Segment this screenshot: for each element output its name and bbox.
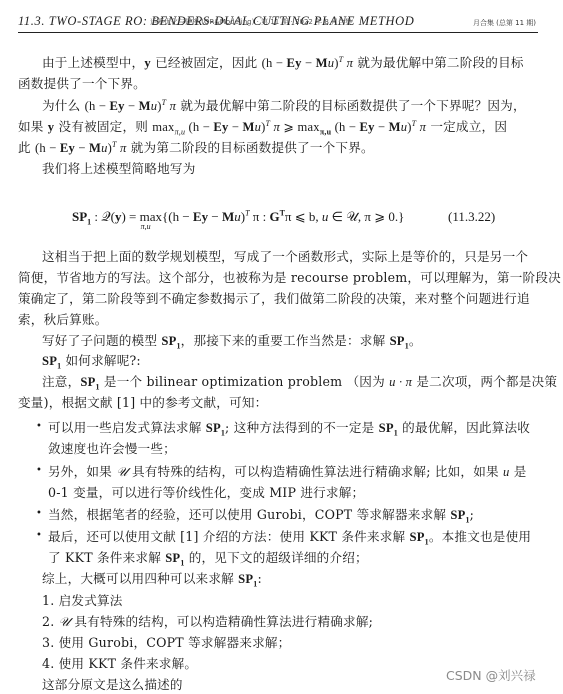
text: 的最优解，因此算法收 [398,420,530,435]
text: SP [390,334,405,348]
text: Ey [60,141,75,155]
text: π,u [175,128,186,137]
paragraph-2-line-3: 此 (h − Ey − Mu)T π 就为第二阶段的目标函数提供了一个下界。 [18,140,374,156]
text: 𝒰 [59,615,71,629]
text: 是 [510,464,527,479]
text: 就为第二阶段的目标函数提供了一个下界。 [127,140,374,155]
bullet-icon: • [36,421,42,432]
text: ; 这种方法得到的不一定是 [225,420,379,435]
text: 是一个 bilinear optimization problem （因为 [100,374,389,389]
text: 为什么 [42,98,85,113]
bullet-1-line-2: 敛速度也许会慢一些； [48,441,176,457]
text: Ey [213,120,228,134]
text: M [139,99,151,113]
text: − [125,99,139,113]
text: 。本推文也是使用 [429,529,531,544]
text: 此 [18,140,35,155]
text: 最后，还可以使用文献 [1] 介绍的方法：使用 KKT 条件来求解 [48,529,410,544]
paragraph-2-line-1: 为什么 (h − Ey − Mu)T π 就为最优解中第二阶段的目标函数提供了一… [42,98,526,114]
text: Ey [109,99,124,113]
text: 的，见下文的超级详细的介绍； [185,550,368,565]
bullet-4-line-1: 最后，还可以使用文献 [1] 介绍的方法：使用 KKT 条件来求解 SP1。本推… [48,529,531,545]
text: SP [206,421,221,435]
summary-intro: 综上，大概可以用四种可以来求解 SP1: [42,571,262,587]
bullet-4-line-2: 了 KKT 条件来求解 SP1 的，见下文的超级详细的介绍； [48,550,368,566]
text: SP [450,508,465,522]
text: 综上，大概可以用四种可以来求解 [42,571,238,586]
summary-item-3: 3. 使用 Gurobi，COPT 等求解器来求解； [42,635,290,651]
summary-item-2: 2. 𝒰 具有特殊的结构，可以构造精确性算法进行精确求解; [42,614,373,630]
text: T [266,119,271,128]
text: − [302,56,316,70]
text: − [229,120,243,134]
text: : 𝒬( [91,209,115,224]
text: ∈ 𝒰, π ⩾ 0.} [328,209,404,224]
text: 当然，根据笔者的经验，还可以使用 Gurobi，COPT 等求解器来求解 [48,507,450,522]
paragraph-6: SP1 如何求解呢?: [42,353,141,369]
text: SP [161,334,176,348]
text: 2. [42,614,59,629]
text: Ey [287,56,302,70]
text: 了 KKT 条件来求解 [48,550,165,565]
text: π ⩽ b, [285,209,322,224]
text: 一定成立，因 [426,119,507,134]
text: Ey [360,120,375,134]
text: SP [410,530,425,544]
text: SP [72,209,87,224]
paragraph-4-line-3: 策确定了，第二阶段等到不确定参数揭示了，我们做第二阶段的决策，来对整个问题进行追 [18,291,530,307]
math-expr: (h − Ey − Mu)T π [85,99,177,113]
text: ) = [121,209,139,224]
text: M [389,120,401,134]
text: T [112,140,117,149]
csdn-watermark: CSDN @刘兴禄 [446,666,536,684]
issue-label: 月合集 (总第 11 期) [473,18,536,28]
text: (h − [35,141,60,155]
text: SP [379,421,394,435]
text: Ey [193,209,208,224]
text: {(h − [162,209,193,224]
text: (h − [335,120,360,134]
text: π,u [320,128,331,137]
summary-outro: 这部分原文是这么描述的 [42,677,183,693]
text: SP [238,572,253,586]
text: 已经被固定，因此 [151,55,262,70]
text: 由于上述模型中， [42,55,144,70]
text: (h − [189,120,214,134]
text: (h − [262,56,287,70]
paragraph-7-line-1: 注意，SP1 是一个 bilinear optimization problem… [42,374,557,390]
bullet-1-line-1: 可以用一些启发式算法求解 SP1; 这种方法得到的不一定是 SP1 的最优解，因… [48,420,530,436]
text: π,u [141,222,151,231]
text: T [162,98,167,107]
text: ⩾ [280,120,297,134]
text: T [339,55,344,64]
running-header: 11.3. TWO-STAGE RO: BENDERS-DUAL CUTTING… [18,14,538,33]
text: M [243,120,255,134]
text: 如何求解呢?: [61,353,141,368]
paragraph-2-line-2: 如果 y 没有被固定，则 maxπ,u (h − Ey − Mu)T π ⩾ m… [18,119,507,135]
equation-number: (11.3.22) [448,209,495,225]
text: 如果 [18,119,48,134]
text: 𝒰 [116,465,128,479]
paragraph-4-line-2: 简便，节省地方的写法。这个部分，也被称为是 recourse problem，可… [18,270,561,286]
equation-sp1: SP1 : 𝒬(y) = maxπ,u{(h − Ey − Mu)T π : G… [72,209,404,225]
text: SP [42,354,57,368]
text: max [152,120,174,134]
text: T [412,119,417,128]
text: − [75,141,89,155]
text: 就为最优解中第二阶段的目标函数提供了一个下界呢？因为， [176,98,526,113]
text: 另外，如果 [48,464,116,479]
text: − [375,120,389,134]
text: 具有特殊的结构，可以构造精确性算法进行精确求解; 比如，如果 [128,464,503,479]
text: T [245,209,249,218]
text: π : [253,209,270,224]
text: SP [165,551,180,565]
paragraph-4-line-4: 索，秋后算账。 [18,312,108,328]
math-expr: (h − Ey − Mu)T π [262,56,354,70]
text: 注意， [42,374,80,389]
text: u · π [389,375,412,389]
bullet-3-line-1: 当然，根据笔者的经验，还可以使用 Gurobi，COPT 等求解器来求解 SP1… [48,507,474,523]
text: − [208,209,222,224]
text: ，那接下来的重要工作当然是：求解 [181,333,390,348]
header-overlay-text: 运筹优化与建模 (OR&Modeling) · 第 11 期 · 2022 年 … [150,17,352,27]
max-operator: maxπ,u [140,209,162,225]
text: max [298,120,320,134]
text: : [257,571,261,586]
paragraph-7-line-2: 变量)，根据文献 [1] 中的参考文献，可知： [18,395,267,411]
text: G [269,209,279,224]
text: 没有被固定，则 [54,119,152,134]
text: ; [470,507,474,522]
paragraph-4-line-1: 这相当于把上面的数学规划模型，写成了一个函数形式，实际上是等价的，只是另一个 [42,249,528,265]
summary-item-4: 4. 使用 KKT 条件来求解。 [42,656,197,672]
text: 。 [409,333,422,348]
math-expr: (h − Ey − Mu)T π [35,141,127,155]
paragraph-3: 我们将上述模型简略地写为 [42,161,196,177]
paragraph-1-line-2: 函数提供了一个下界。 [18,76,146,92]
text: M [89,141,101,155]
bullet-icon: • [36,465,42,476]
text: 写好了子问题的模型 [42,333,161,348]
text: M [316,56,328,70]
summary-item-1: 1. 启发式算法 [42,593,123,609]
text: SP [80,375,95,389]
bullet-icon: • [36,508,42,519]
bullet-2-line-1: 另外，如果 𝒰 具有特殊的结构，可以构造精确性算法进行精确求解; 比如，如果 u… [48,464,527,480]
bullet-icon: • [36,530,42,541]
math-inequality: maxπ,u (h − Ey − Mu)T π ⩾ maxπ,u (h − Ey… [152,120,426,134]
paragraph-1-line-1: 由于上述模型中，y 已经被固定，因此 (h − Ey − Mu)T π 就为最优… [42,55,524,71]
text: 是二次项，两个都是决策 [412,374,557,389]
text: 具有特殊的结构，可以构造精确性算法进行精确求解; [70,614,373,629]
paragraph-5: 写好了子问题的模型 SP1，那接下来的重要工作当然是：求解 SP1。 [42,333,422,349]
text: (h − [85,99,110,113]
text: M [222,209,234,224]
bullet-2-line-2: 0-1 变量，可以进行等价线性化，变成 MIP 进行求解； [48,485,364,501]
text: 可以用一些启发式算法求解 [48,420,206,435]
text: 就为最优解中第二阶段的目标 [353,55,524,70]
